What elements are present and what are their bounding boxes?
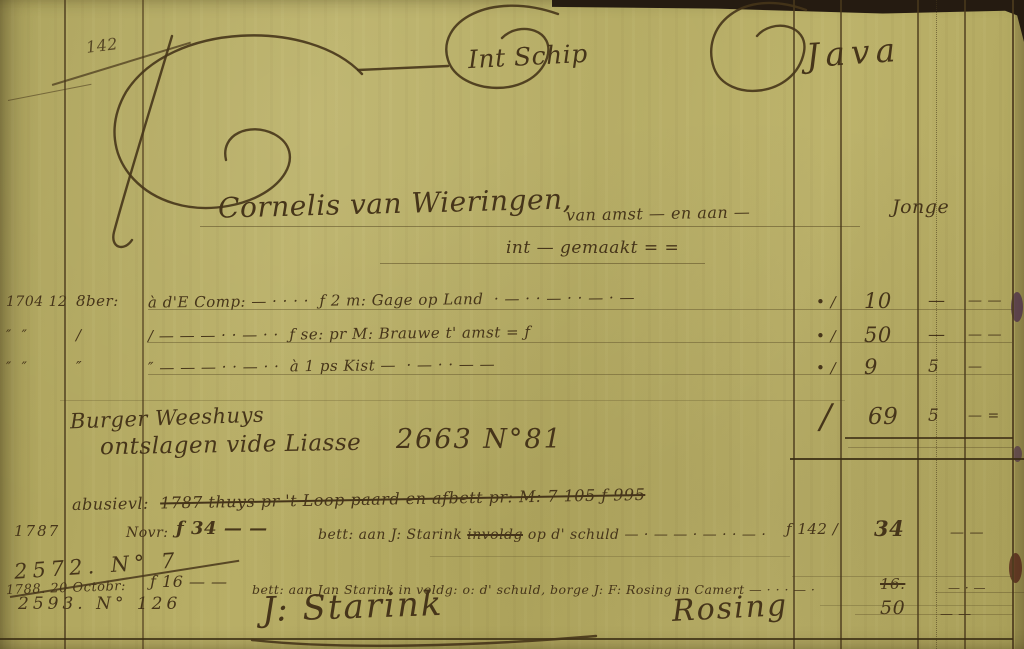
account-name: Cornelis van Wieringen, xyxy=(218,185,573,222)
payment-1788-dashes: — · — xyxy=(948,582,986,594)
entry-tick: • ∕ xyxy=(816,329,836,344)
entry-date-ditto: ″ ″ xyxy=(6,329,27,343)
entry-tick: • ∕ xyxy=(816,295,836,310)
row-rule xyxy=(380,263,705,264)
signature-rosing: Rosing xyxy=(671,591,789,627)
total-guilders: 69 xyxy=(868,406,898,429)
payment-1787-text-a: bett: aan J: Starink xyxy=(318,527,467,543)
payment-1787-stuivers: — — xyxy=(950,526,984,540)
payment-1788-amount-inline: ƒ 16 — — xyxy=(150,574,228,590)
total-rule xyxy=(790,458,1024,460)
payment-1788-dashes2: — — xyxy=(940,608,972,621)
account-origin-right: Jonge xyxy=(892,198,949,217)
erroneous-note-struck: 1787 thuys pr 't Loop paard en afbett pr… xyxy=(160,485,645,512)
row-rule xyxy=(855,614,1013,615)
entry-guilders: 50 xyxy=(864,325,892,346)
erroneous-note-lead: abusievl: xyxy=(72,493,160,514)
ledger-row: ″ ″ ∕ ∕ — — — · · — · · ƒ se: pr M: Brau… xyxy=(0,327,1024,357)
account-line2: int — gemaakt = = xyxy=(506,240,679,257)
column-rule-money-start xyxy=(793,0,795,649)
ledger-page: 142 Int Schip Java Cornelis van Wieringe… xyxy=(0,0,1024,649)
entry-month-ditto: ∕ xyxy=(76,328,82,343)
entry-date: 1704 12 xyxy=(6,295,67,309)
total-stuivers: 5 xyxy=(928,408,939,425)
entry-date-ditto: ″ ″ xyxy=(6,361,27,375)
ledger-row: ″ ″ ″ ″ — — — · · — · · à 1 ps Kist — · … xyxy=(0,359,1024,389)
row-rule xyxy=(60,400,845,401)
entry-stuivers: — xyxy=(928,327,946,344)
payment-1787-folio-ref: ƒ 142 ∕ xyxy=(786,522,838,537)
payment-1787-struck-word: involdg xyxy=(467,527,523,543)
entry-guilders: 9 xyxy=(864,357,878,378)
payment-1787-text: bett: aan J: Starink involdg op d' schul… xyxy=(318,528,766,542)
payment-1787-guilders: 34 xyxy=(874,518,904,539)
header-title-right: Java xyxy=(805,33,902,73)
payment-1787-year: 1787 xyxy=(14,524,60,539)
entry-tick: • ∕ xyxy=(816,361,836,376)
column-rule-florin xyxy=(840,0,842,649)
total-check-mark: ∕ xyxy=(820,400,832,434)
header-title-left: Int Schip xyxy=(467,41,588,72)
entry-penningen: — — xyxy=(968,294,1002,308)
payment-1787-text-b: op d' schuld — · — — · — · · — · xyxy=(523,527,766,543)
bottom-rule xyxy=(0,638,1013,640)
folio-number: 142 xyxy=(85,36,119,56)
column-rule-penningen xyxy=(964,0,966,649)
entry-month-ditto: ″ xyxy=(76,360,82,375)
folio-stroke xyxy=(52,42,191,86)
entry-month: 8ber: xyxy=(76,294,119,309)
photo-edge-right xyxy=(1015,0,1024,649)
total-penningen: — = xyxy=(968,409,1000,423)
entry-stuivers: 5 xyxy=(928,359,939,376)
entry-description: ″ — — — · · — · · à 1 ps Kist — · — · · … xyxy=(148,357,495,376)
payment-1788-struck-amount: 16. xyxy=(880,577,905,592)
entry-penningen: — — xyxy=(968,328,1002,342)
entry-description: à d'E Comp: — · · · · ƒ 2 m: Gage op Lan… xyxy=(148,290,635,310)
row-rule xyxy=(820,605,1013,606)
ledger-row: 1704 12 8ber: à d'E Comp: — · · · · ƒ 2 … xyxy=(0,293,1024,323)
photo-edge-top xyxy=(552,0,1024,18)
payment-1788-amount: 50 xyxy=(880,599,905,618)
liasse-ref-2593: 2593. N° 126 xyxy=(18,596,181,613)
entry-penningen: — xyxy=(968,360,983,374)
weeshuis-liasse-ref: 2663 N°81 xyxy=(396,426,563,453)
payment-1787-month: Novr: xyxy=(126,526,169,540)
account-origin: van amst — en aan — xyxy=(566,204,751,223)
signature-starink: J: Starink xyxy=(261,587,443,627)
folio-stroke xyxy=(8,84,92,101)
column-rule-left xyxy=(64,0,66,649)
entry-stuivers: — xyxy=(928,293,946,310)
entry-guilders: 10 xyxy=(864,291,892,312)
entry-description: ∕ — — — · · — · · ƒ se: pr M: Brauwe t' … xyxy=(148,325,531,344)
row-rule xyxy=(430,556,790,557)
row-rule xyxy=(200,226,860,227)
weeshuis-discharge-note: ontslagen vide Liasse xyxy=(100,432,362,460)
total-rule xyxy=(848,447,1013,448)
column-rule-stuivers xyxy=(917,0,919,649)
erroneous-note: abusievl: 1787 thuys pr 't Loop paard en… xyxy=(72,487,646,513)
ink-blot xyxy=(1009,553,1022,583)
column-rule-right-edge xyxy=(1012,0,1014,649)
payment-1787-amount-inline: ƒ 34 — — xyxy=(176,520,268,538)
